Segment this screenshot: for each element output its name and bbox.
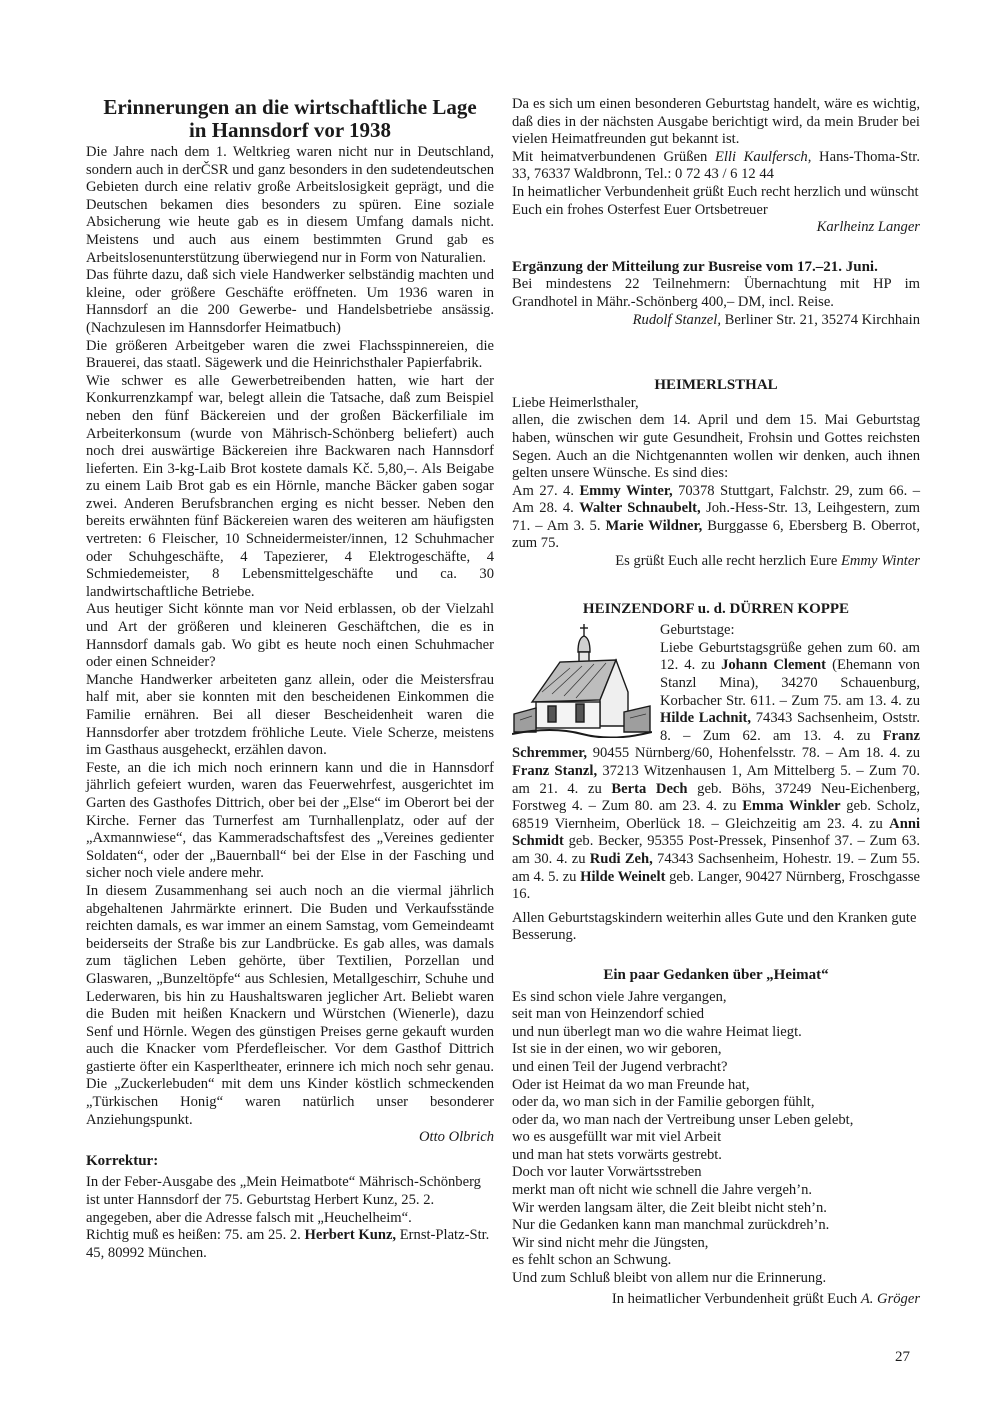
article-paragraph: Aus heutiger Sicht könnte man vor Neid e…	[86, 601, 494, 671]
poem-line: seit man von Heinzendorf schied	[512, 1006, 920, 1024]
article-paragraph: In diesem Zusammenhang sei auch noch an …	[86, 883, 494, 1129]
article-title: Erinnerungen an die wirtschaftliche Lage…	[86, 96, 494, 142]
poem-line: Nur die Gedanken kann man manchmal zurüc…	[512, 1217, 920, 1235]
article-paragraph: Die größeren Arbeitgeber waren die zwei …	[86, 338, 494, 373]
bus-heading: Ergänzung der Mitteilung zur Busreise vo…	[512, 259, 920, 277]
poem-line: und nun überlegt man wo die wahre Heimat…	[512, 1024, 920, 1042]
signature: In heimatlicher Verbundenheit grüßt Euch…	[512, 1291, 920, 1309]
poem-line: Wir sind nicht mehr die Jüngsten,	[512, 1235, 920, 1253]
korrektur-text: In der Feber-Ausgabe des „Mein Heimatbot…	[86, 1174, 494, 1227]
poem-line: Oder ist Heimat da wo man Freunde hat,	[512, 1077, 920, 1095]
bus-section: Ergänzung der Mitteilung zur Busreise vo…	[512, 259, 920, 329]
signature: Es grüßt Euch alle recht herzlich Eure E…	[512, 553, 920, 571]
korrektur-correction: Richtig muß es heißen: 75. am 25. 2. Her…	[86, 1227, 494, 1262]
poem-line: Und zum Schluß bleibt von allem nur die …	[512, 1270, 920, 1288]
article-paragraph: Manche Handwerker arbeiteten ganz allein…	[86, 672, 494, 760]
korrektur-heading: Korrektur:	[86, 1153, 494, 1171]
poem-line: Wir werden langsam älter, die Zeit bleib…	[512, 1200, 920, 1218]
intro-section: Da es sich um einen besonderen Geburtsta…	[512, 96, 920, 237]
person-name: Elli Kaulfersch,	[715, 149, 811, 165]
poem-section: Ein paar Gedanken über „Heimat“ Es sind …	[512, 967, 920, 1308]
poem-line: Doch vor lauter Vorwärtsstreben	[512, 1164, 920, 1182]
heinzendorf-section: HEINZENDORF u. d. DÜRREN KOPPE G	[512, 601, 920, 945]
poem-line: oder da, wo man nach der Vertreibung uns…	[512, 1112, 920, 1130]
left-column: Erinnerungen an die wirtschaftliche Lage…	[86, 96, 494, 1262]
poem-title: Ein paar Gedanken über „Heimat“	[512, 967, 920, 985]
article-paragraph: Das führte dazu, daß sich viele Handwerk…	[86, 267, 494, 337]
person-name: Herbert Kunz,	[304, 1227, 396, 1243]
greeting-line: Mit heimatverbundenen Grüßen Elli Kaulfe…	[512, 149, 920, 184]
poem-line: es fehlt schon an Schwung.	[512, 1252, 920, 1270]
article-paragraph: Wie schwer es alle Gewerbetreibenden hat…	[86, 373, 494, 602]
article-paragraph: Feste, an die ich mich noch erinnern kan…	[86, 760, 494, 883]
poem-line: Es sind schon viele Jahre vergangen,	[512, 989, 920, 1007]
poem-line: merkt man oft nicht wie schnell die Jahr…	[512, 1182, 920, 1200]
poem-line: Ist sie in der einen, wo wir geboren,	[512, 1041, 920, 1059]
section-heading: HEIMERLSTHAL	[512, 377, 920, 395]
poem-line: und man hat stets vorwärts gestrebt.	[512, 1147, 920, 1165]
article-author: Otto Olbrich	[86, 1129, 494, 1147]
right-column: Da es sich um einen besonderen Geburtsta…	[512, 96, 920, 1308]
poem-line: oder da, wo man sich in der Familie gebo…	[512, 1094, 920, 1112]
chapel-illustration-icon	[512, 622, 652, 738]
page-number: 27	[895, 1349, 910, 1366]
signature: Rudolf Stanzel, Berliner Str. 21, 35274 …	[512, 312, 920, 330]
poem-line: wo es ausgefüllt war mit viel Arbeit	[512, 1129, 920, 1147]
signature: Karlheinz Langer	[512, 219, 920, 237]
article-paragraph: Die Jahre nach dem 1. Weltkrieg waren ni…	[86, 144, 494, 267]
birthday-list: Am 27. 4. Emmy Winter, 70378 Stuttgart, …	[512, 483, 920, 553]
heimerlsthal-section: HEIMERLSTHAL Liebe Heimerlsthaler, allen…	[512, 377, 920, 571]
poem-line: und einen Teil der Jugend verbracht?	[512, 1059, 920, 1077]
section-heading: HEINZENDORF u. d. DÜRREN KOPPE	[512, 601, 920, 619]
